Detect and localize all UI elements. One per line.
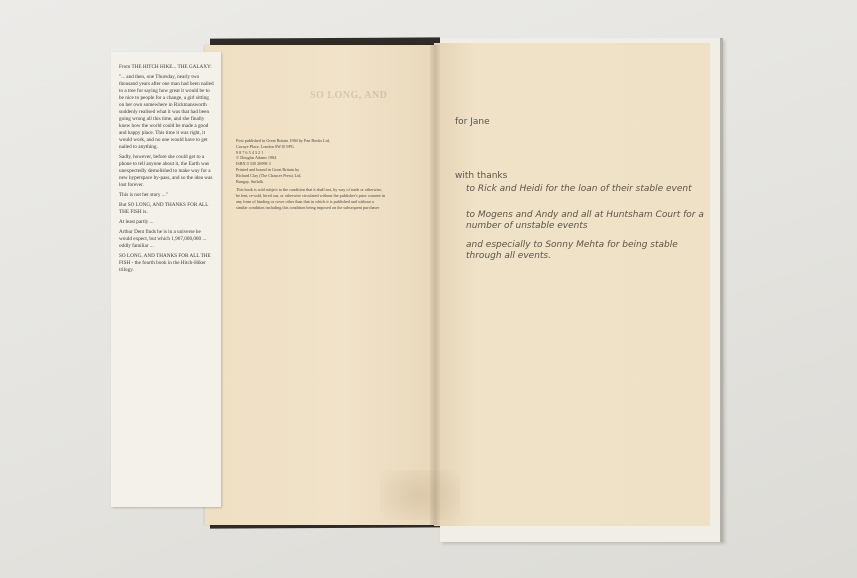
- copyright-imprint: First published in Great Britain 1984 by…: [236, 138, 386, 211]
- thanks-heading: with thanks: [455, 171, 705, 182]
- dedication-for: for Jane: [455, 117, 705, 128]
- sale-conditions: This book is sold subject to the conditi…: [236, 187, 386, 210]
- thanks-item: to Rick and Heidi for the loan of their …: [466, 184, 706, 195]
- flap-paragraph: Arthur Dent finds he is in a universe he…: [119, 229, 215, 250]
- copyright-page: SO LONG, AND: [205, 45, 437, 525]
- book-gutter: [430, 45, 440, 525]
- imprint-line: Bungay, Suffolk: [236, 179, 386, 185]
- dedication-page: [434, 43, 710, 526]
- flap-heading: From THE HITCH HIKE... THE GALAXY:: [119, 64, 215, 71]
- flap-paragraph: Sadly, however, before she could get to …: [119, 154, 215, 189]
- page-stain: [380, 470, 460, 520]
- flap-paragraph: SO LONG, AND THANKS FOR ALL THE FISH - t…: [119, 253, 215, 274]
- dust-jacket-flap: From THE HITCH HIKE... THE GALAXY: "... …: [111, 52, 221, 507]
- flap-paragraph: At least partly ...: [119, 219, 215, 226]
- thanks-item: to Mogens and Andy and all at Huntsham C…: [466, 210, 706, 232]
- flap-blurb: From THE HITCH HIKE... THE GALAXY: "... …: [119, 64, 215, 277]
- flap-paragraph: But SO LONG, AND THANKS FOR ALL THE FISH…: [119, 202, 215, 216]
- flap-paragraph: "... and then, one Thursday, nearly two …: [119, 74, 215, 151]
- flap-paragraph: This is not her story ...": [119, 192, 215, 199]
- thanks-item: and especially to Sonny Mehta for being …: [466, 240, 706, 262]
- show-through-text: SO LONG, AND: [310, 90, 387, 101]
